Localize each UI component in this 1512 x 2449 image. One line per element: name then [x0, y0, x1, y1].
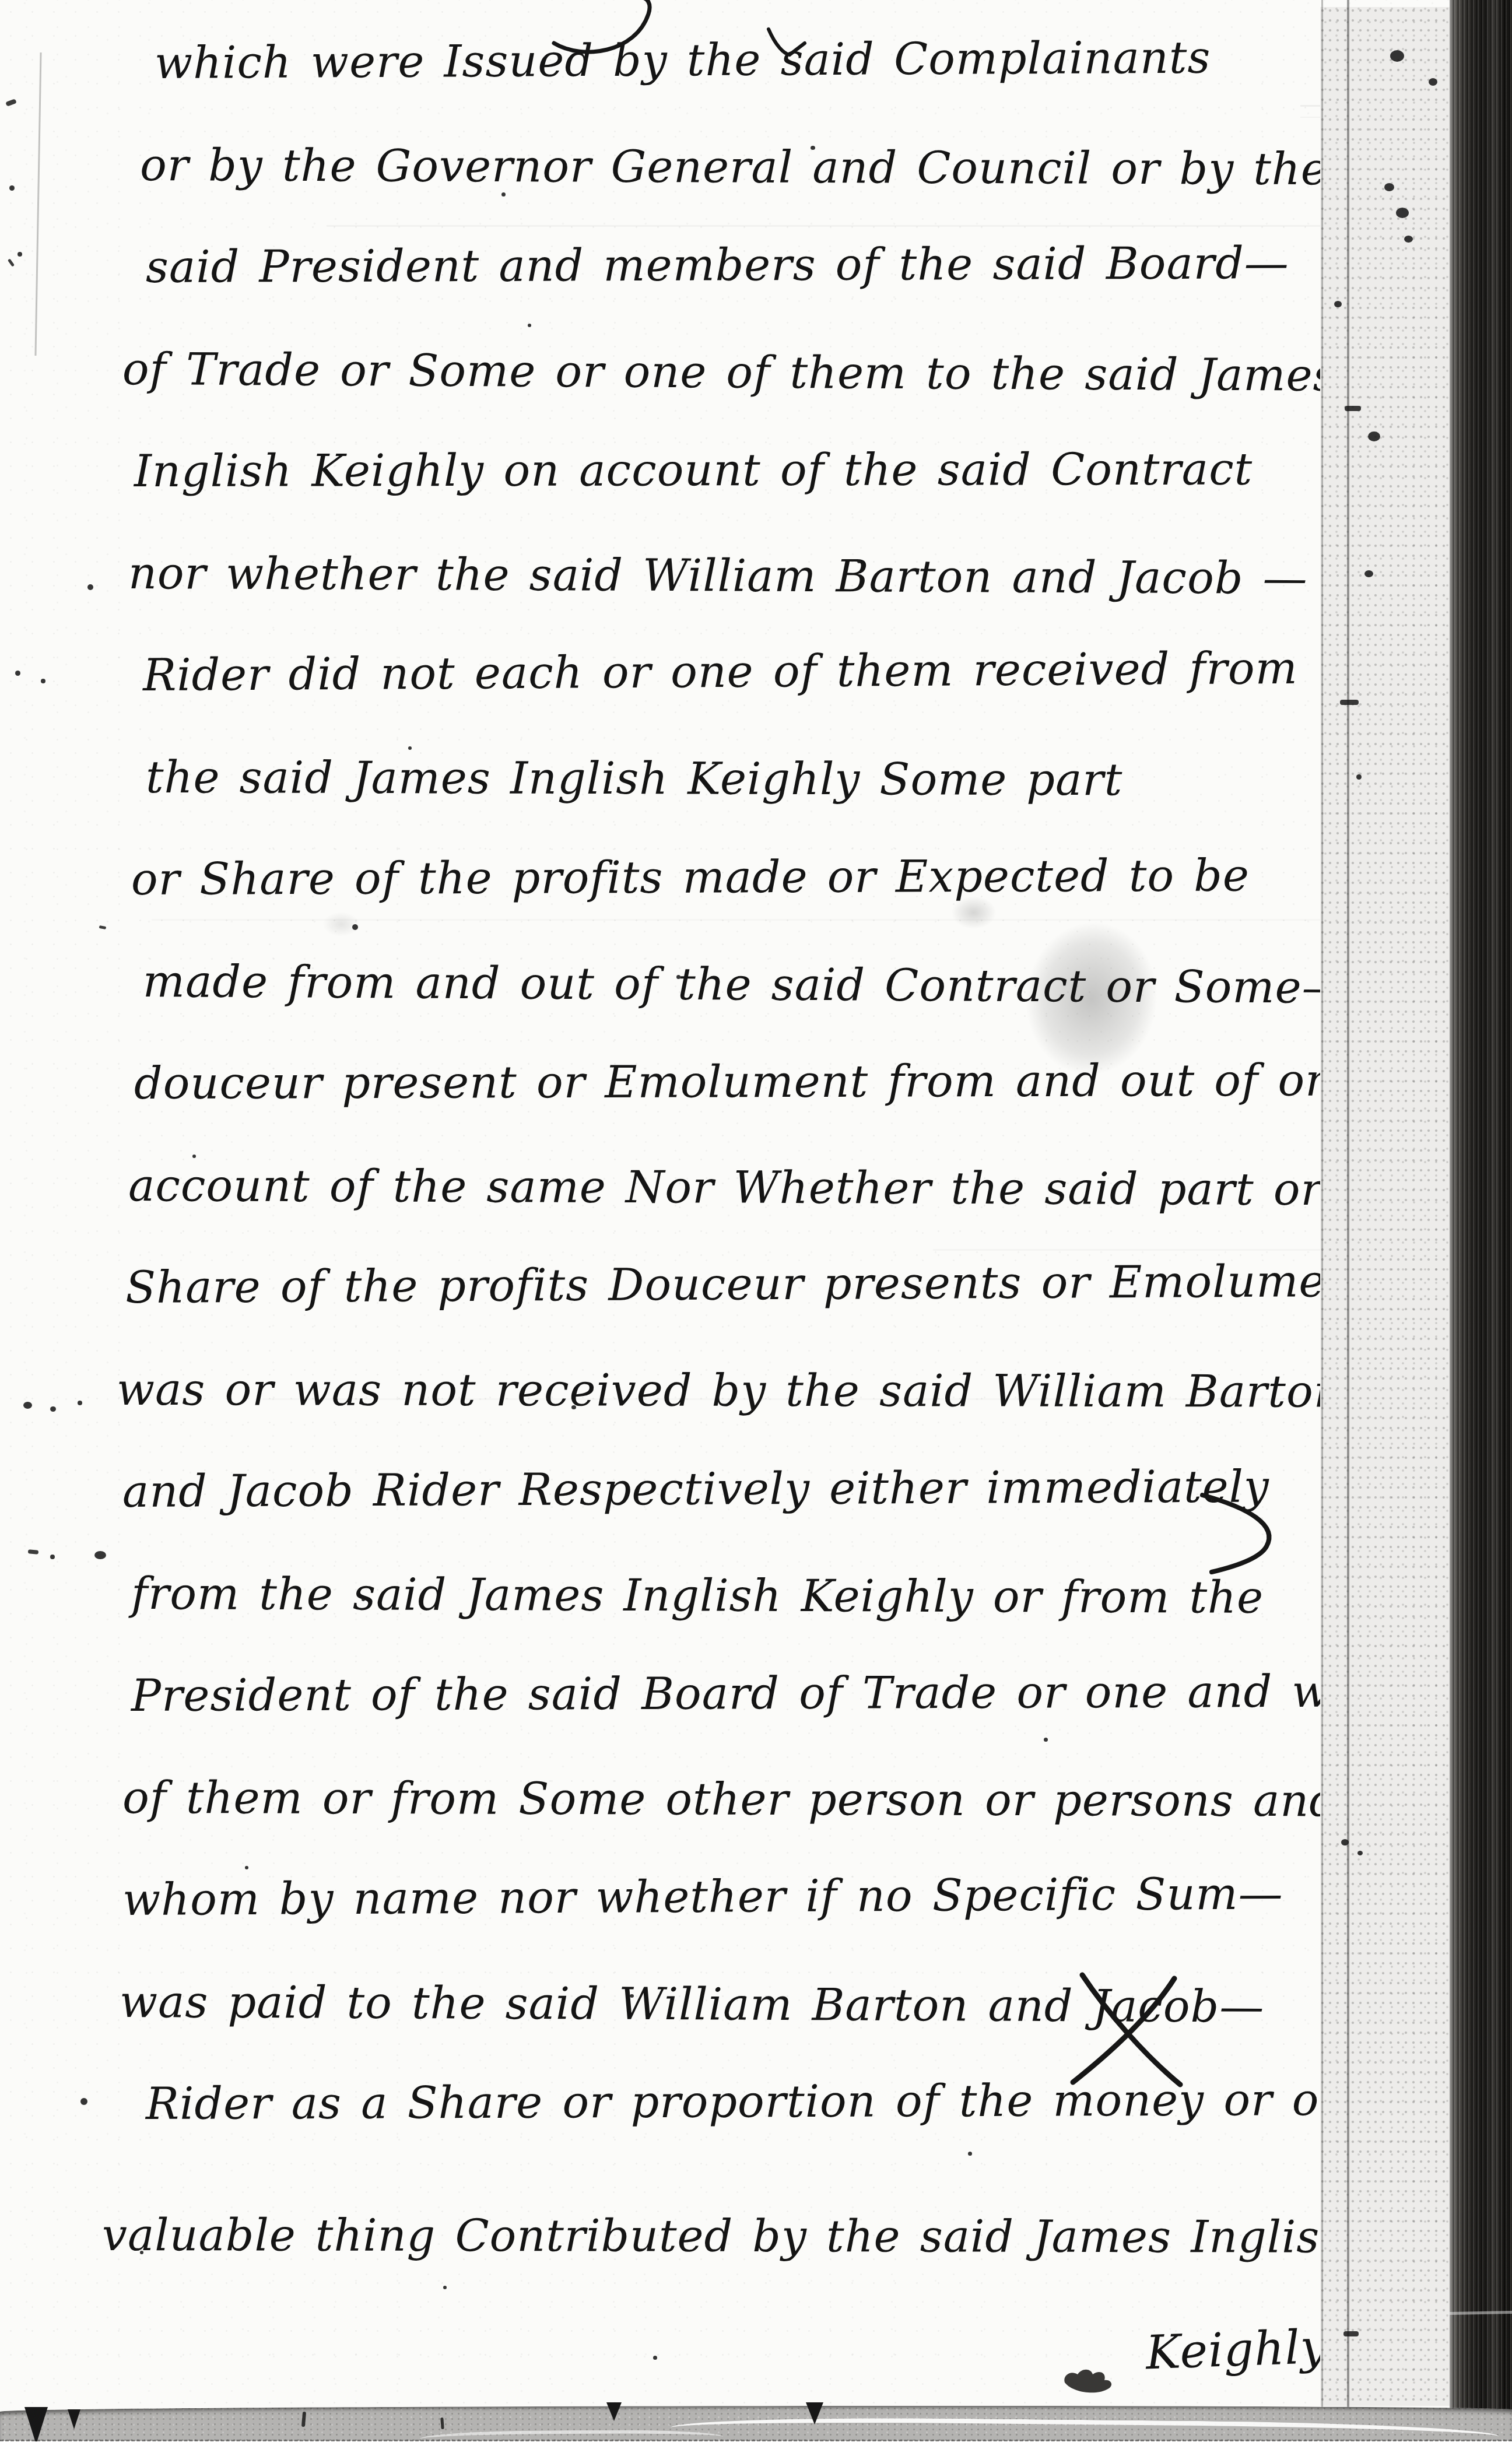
pen-tick-mark: [764, 17, 811, 64]
ink-speck: [50, 1555, 55, 1559]
ink-speck: [1357, 1851, 1363, 1855]
ink-wedge-mark: [806, 2402, 823, 2425]
manuscript-line: the said James Inglish Keighly Some part: [146, 755, 1122, 802]
ink-speck: [23, 1402, 32, 1409]
ink-speck: [1390, 50, 1404, 62]
pen-flourish-top-curl: [548, 0, 676, 66]
pen-swash-flourish: [1197, 1490, 1290, 1578]
ink-speck: [408, 746, 412, 750]
manuscript-line: Rider did not each or one of them receiv…: [143, 646, 1298, 697]
manuscript-line: of them or from Some other person or per…: [122, 1776, 1338, 1823]
ink-speck: [1340, 700, 1359, 705]
manuscript-line: nor whether the said William Barton and …: [128, 551, 1308, 601]
ink-speck: [1396, 208, 1409, 218]
manuscript-line: which were Issued by the said Complainan…: [155, 36, 1211, 85]
ink-smudge: [315, 907, 367, 942]
ink-wedge-mark: [24, 2407, 48, 2444]
book-gutter-shadow-band: [1450, 0, 1512, 2440]
ink-speck: [80, 2098, 87, 2105]
ink-speck: [17, 252, 22, 257]
pen-cross-flourish: [1066, 1968, 1188, 2090]
ink-speck: [1364, 570, 1373, 577]
ink-speck: [50, 1406, 56, 1412]
page-edge-margin-strip: [1320, 7, 1452, 2406]
ink-blot: [1061, 2363, 1120, 2398]
manuscript-line: whom by name nor whether if no Specific …: [122, 1872, 1283, 1922]
manuscript-line: valuable thing Contributed by the said J…: [102, 2213, 1349, 2259]
manuscript-line: was or was not received by the said Will…: [117, 1367, 1343, 1414]
ink-speck: [140, 2251, 143, 2254]
ink-wedge-mark: [606, 2402, 622, 2421]
manuscript-line: Share of the profits Douceur presents or…: [125, 1259, 1373, 1310]
ink-speck: [192, 1155, 196, 1158]
ink-speck: [443, 2286, 447, 2289]
manuscript-line: from the said James Inglish Keighly or f…: [131, 1571, 1264, 1620]
ink-speck: [15, 671, 20, 676]
ink-speck: [9, 185, 15, 191]
ink-speck: [1429, 78, 1437, 86]
ink-speck: [245, 1866, 248, 1869]
ink-speck: [28, 1549, 39, 1555]
ink-speck: [501, 192, 506, 197]
ink-speck: [676, 975, 680, 979]
manuscript-line: and Jacob Rider Respectively either imme…: [122, 1464, 1269, 1514]
manuscript-line: of Trade or Some or one of them to the s…: [122, 347, 1381, 398]
manuscript-line: made from and out of the said Contract o…: [143, 959, 1347, 1010]
ink-speck: [653, 2356, 657, 2360]
paper-fold-line: [1347, 0, 1349, 2440]
ink-speck: [1404, 236, 1413, 243]
scan-bottom-white-strip: [0, 2441, 1512, 2449]
scan-artifact-line: [933, 1249, 1329, 1251]
manuscript-line: or Share of the profits made or Expected…: [131, 853, 1250, 901]
ink-speck: [528, 324, 531, 327]
manuscript-line: douceur present or Emolument from and ou…: [134, 1058, 1467, 1106]
ink-speck: [1368, 431, 1380, 441]
manuscript-line: Inglish Keighly on account of the said C…: [134, 447, 1253, 493]
manuscript-page: which were Issued by the said Complainan…: [0, 0, 1512, 2449]
manuscript-line: account of the same Nor Whether the said…: [128, 1163, 1387, 1212]
ink-speck: [94, 1551, 106, 1559]
manuscript-line: said President and members of the said B…: [146, 241, 1289, 289]
ink-speck: [1341, 1839, 1349, 1845]
ink-speck: [78, 1401, 82, 1405]
ink-speck: [352, 924, 358, 930]
ink-speck: [1356, 774, 1362, 780]
ink-speck: [630, 1994, 634, 1998]
ink-speck: [811, 146, 815, 150]
ink-speck: [1345, 406, 1361, 411]
manuscript-line: or by the Governor General and Council o…: [140, 143, 1328, 191]
ink-speck: [968, 2152, 972, 2156]
manuscript-line: President of the said Board of Trade or …: [131, 1669, 1429, 1718]
manuscript-line: Rider as a Share or proportion of the mo…: [146, 2077, 1415, 2126]
ink-speck: [362, 1598, 365, 1601]
ink-speck: [1334, 301, 1342, 307]
ink-speck: [87, 584, 93, 590]
ink-speck: [1384, 183, 1394, 191]
ink-speck: [857, 560, 861, 563]
ink-speck: [41, 679, 45, 683]
scan-artifact-line: [327, 225, 1329, 227]
ink-speck: [880, 1289, 885, 1292]
ink-speck: [571, 1405, 576, 1409]
ink-speck: [1044, 1738, 1048, 1742]
catchword-keighly: Keighly: [1145, 2324, 1328, 2377]
ink-wedge-mark: [68, 2409, 80, 2429]
ink-speck: [1343, 2331, 1359, 2336]
paper-fold-line: [1321, 0, 1323, 2440]
